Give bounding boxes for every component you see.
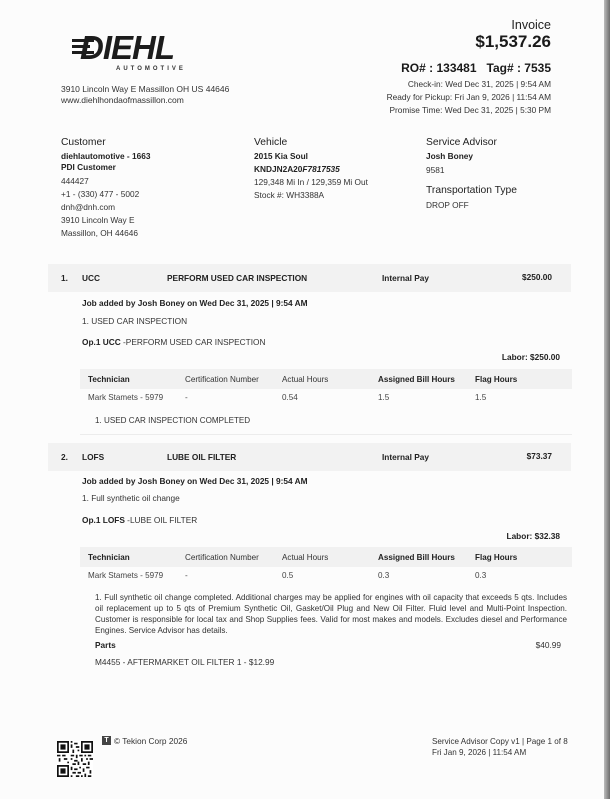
ro-tag-number: RO# : 133481 Tag# : 7535 xyxy=(401,61,551,75)
customer-phone: +1 - (330) 477 - 5002 xyxy=(61,188,231,201)
col-actual-hours: Actual Hours xyxy=(282,375,328,384)
customer-id: 444427 xyxy=(61,175,231,188)
vehicle-vin: KNDJN2A20F7817535 xyxy=(254,164,369,175)
job-operation: Op.1 LOFS -LUBE OIL FILTER xyxy=(82,515,197,525)
parts-total: $40.99 xyxy=(536,640,561,650)
col-actual-hours: Actual Hours xyxy=(282,553,328,562)
job-title: LUBE OIL FILTER xyxy=(167,452,236,462)
cell-flag-hours: 0.3 xyxy=(475,571,486,580)
logo-subtext: AUTOMOTIVE xyxy=(116,66,186,72)
job-pay-type: Internal Pay xyxy=(382,273,429,283)
cell-flag-hours: 1.5 xyxy=(475,393,486,402)
col-assigned-bill-hours: Assigned Bill Hours xyxy=(378,553,455,562)
job-code: LOFS xyxy=(82,452,104,462)
vehicle-model: 2015 Kia Soul xyxy=(254,151,369,162)
logo-wordmark: DIEHL xyxy=(80,29,174,67)
job-header-bar xyxy=(48,264,571,292)
job-header-bar xyxy=(48,443,571,471)
dealer-logo: DIEHL AUTOMOTIVE xyxy=(72,29,188,75)
cell-technician: Mark Stamets - 5979 xyxy=(88,393,163,402)
cell-actual-hours: 0.54 xyxy=(282,393,298,402)
invoice-page: DIEHL AUTOMOTIVE 3910 Lincoln Way E Mass… xyxy=(0,0,604,799)
col-flag-hours: Flag Hours xyxy=(475,553,517,562)
advisor-id: 9581 xyxy=(426,164,586,177)
cell-certification: - xyxy=(185,571,188,580)
scan-edge xyxy=(604,0,610,799)
advisor-name: Josh Boney xyxy=(426,151,586,162)
parts-label: Parts xyxy=(95,640,116,650)
promise-time: Promise Time: Wed Dec 31, 2025 | 5:30 PM xyxy=(389,105,551,115)
col-flag-hours: Flag Hours xyxy=(475,375,517,384)
job-title: PERFORM USED CAR INSPECTION xyxy=(167,273,307,283)
col-certification: Certification Number xyxy=(185,375,259,384)
cell-certification: - xyxy=(185,393,188,402)
job-pay-type: Internal Pay xyxy=(382,452,429,462)
job-number: 2. xyxy=(61,452,68,462)
divider xyxy=(80,434,572,435)
job-completion-note: 1. Full synthetic oil change completed. … xyxy=(95,592,567,636)
customer-email: dnh@dnh.com xyxy=(61,201,231,214)
vehicle-stock: Stock #: WH3388A xyxy=(254,189,369,202)
qr-code xyxy=(57,740,93,778)
customer-section: Customer diehlautomotive - 1663 PDI Cust… xyxy=(61,137,231,240)
advisor-heading: Service Advisor xyxy=(426,137,586,148)
col-technician: Technician xyxy=(88,375,130,384)
ready-for-pickup-time: Ready for Pickup: Fri Jan 9, 2026 | 11:5… xyxy=(387,92,551,102)
op-description: -LUBE OIL FILTER xyxy=(125,515,197,525)
customer-type: PDI Customer xyxy=(61,162,231,173)
invoice-label: Invoice xyxy=(511,18,551,32)
transportation-heading: Transportation Type xyxy=(426,185,586,196)
col-assigned-bill-hours: Assigned Bill Hours xyxy=(378,375,455,384)
job-added-by: Job added by Josh Boney on Wed Dec 31, 2… xyxy=(82,476,307,486)
part-line-item: M4455 - AFTERMARKET OIL FILTER 1 - $12.9… xyxy=(95,657,274,667)
customer-street: 3910 Lincoln Way E xyxy=(61,214,231,227)
vehicle-section: Vehicle 2015 Kia Soul KNDJN2A20F7817535 … xyxy=(254,137,369,202)
tekion-logo-icon: T xyxy=(102,736,111,745)
cell-assigned-bill-hours: 0.3 xyxy=(378,571,389,580)
op-code: Op.1 UCC xyxy=(82,337,121,347)
job-added-by: Job added by Josh Boney on Wed Dec 31, 2… xyxy=(82,298,307,308)
cell-assigned-bill-hours: 1.5 xyxy=(378,393,389,402)
vehicle-heading: Vehicle xyxy=(254,137,369,148)
dealer-address: 3910 Lincoln Way E Massillon OH US 44646 xyxy=(61,84,229,94)
cell-technician: Mark Stamets - 5979 xyxy=(88,571,163,580)
check-in-time: Check-in: Wed Dec 31, 2025 | 9:54 AM xyxy=(408,79,551,89)
copy-page-info: Service Advisor Copy v1 | Page 1 of 8 xyxy=(432,737,568,746)
copyright-text: © Tekion Corp 2026 xyxy=(114,736,187,746)
job-code: UCC xyxy=(82,273,100,283)
vin-suffix: F7817535 xyxy=(302,164,339,174)
col-technician: Technician xyxy=(88,553,130,562)
job-operation: Op.1 UCC -PERFORM USED CAR INSPECTION xyxy=(82,337,265,347)
invoice-total: $1,537.26 xyxy=(475,32,551,52)
job-amount: $73.37 xyxy=(527,451,552,461)
job-completion-note: 1. USED CAR INSPECTION COMPLETED xyxy=(95,416,250,425)
job-labor: Labor: $32.38 xyxy=(507,531,561,541)
op-code: Op.1 LOFS xyxy=(82,515,125,525)
job-concern: 1. USED CAR INSPECTION xyxy=(82,316,187,326)
col-certification: Certification Number xyxy=(185,553,259,562)
job-labor: Labor: $250.00 xyxy=(502,352,560,362)
vehicle-mileage: 129,348 Mi In / 129,359 Mi Out xyxy=(254,177,369,187)
customer-city: Massillon, OH 44646 xyxy=(61,227,231,240)
job-amount: $250.00 xyxy=(522,272,552,282)
vin-prefix: KNDJN2A20 xyxy=(254,164,302,174)
dealer-website[interactable]: www.diehlhondaofmassillon.com xyxy=(61,95,184,105)
job-number: 1. xyxy=(61,273,68,283)
transportation-type: DROP OFF xyxy=(426,199,586,212)
advisor-section: Service Advisor Josh Boney 9581 Transpor… xyxy=(426,137,586,212)
customer-name: diehlautomotive - 1663 xyxy=(61,151,231,162)
op-description: -PERFORM USED CAR INSPECTION xyxy=(121,337,266,347)
job-concern: 1. Full synthetic oil change xyxy=(82,493,180,503)
print-date: Fri Jan 9, 2026 | 11:54 AM xyxy=(432,748,526,757)
customer-heading: Customer xyxy=(61,137,231,148)
cell-actual-hours: 0.5 xyxy=(282,571,293,580)
